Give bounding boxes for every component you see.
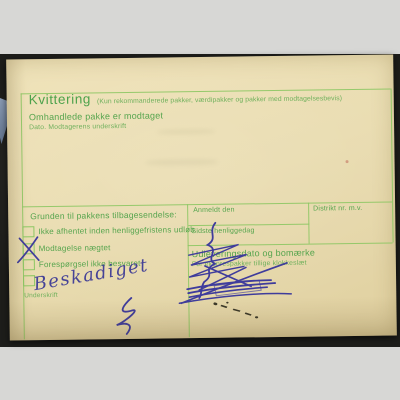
scribble-stroke bbox=[179, 293, 291, 303]
scanned-photo-page: { "photo": { "page_background": "#d7d7d5… bbox=[0, 0, 400, 400]
return-reason-heading: Grunden til pakkens tilbagesendelse: bbox=[30, 210, 177, 220]
divider-right-vertical bbox=[391, 89, 394, 243]
option-label-ikke-afhentet: Ikke afhentet inden henliggefristens udl… bbox=[38, 226, 195, 236]
divider-distrikt-vertical bbox=[308, 203, 310, 244]
scribble-stroke bbox=[188, 283, 275, 293]
checkbox-forespoergsel bbox=[23, 259, 35, 270]
ghost-mark bbox=[157, 129, 215, 135]
checkbox-modtagelse-naegtet bbox=[23, 243, 35, 254]
sidste-henliggedag-label: Sidste henliggedag bbox=[191, 227, 254, 235]
scribble-stroke bbox=[189, 287, 267, 297]
date-signature-label: Dato. Modtagerens underskrift bbox=[29, 124, 126, 132]
divider-anmeldt-bottom bbox=[188, 224, 309, 227]
form-header: Kvittering (Kun rekommanderede pakker, v… bbox=[29, 88, 343, 107]
divider-left-vertical bbox=[21, 93, 25, 339]
scribble-stroke bbox=[181, 263, 288, 303]
form-subtitle: Omhandlede pakke er modtaget bbox=[29, 111, 163, 122]
udleveringsdato-note: For eksprespakker tillige klokkeslæt bbox=[192, 261, 307, 269]
form-title-note: (Kun rekommanderede pakker, værdipakker … bbox=[97, 95, 342, 105]
scribble-stroke bbox=[187, 280, 271, 289]
scribble-stroke bbox=[199, 267, 246, 290]
divider-center-vertical bbox=[187, 204, 190, 337]
distrikt-label: Distrikt nr. m.v. bbox=[313, 205, 362, 213]
anmeldt-den-label: Anmeldt den bbox=[193, 207, 235, 215]
postal-form-card: Kvittering (Kun rekommanderede pakker, v… bbox=[6, 54, 397, 340]
postmark-specks bbox=[213, 301, 258, 319]
checkbox-ikke-afhentet bbox=[22, 226, 34, 237]
form-title: Kvittering bbox=[29, 91, 91, 107]
signature-scribble bbox=[116, 298, 135, 334]
udleveringsdato-label: Udleveringsdato og bomærke bbox=[192, 249, 315, 260]
option-label-modtagelse-naegtet: Modtagelse nægtet bbox=[39, 244, 111, 253]
ghost-mark bbox=[146, 159, 218, 166]
scribble-box bbox=[214, 280, 261, 296]
red-speck bbox=[346, 160, 349, 163]
divider-row2-bottom bbox=[188, 243, 393, 247]
